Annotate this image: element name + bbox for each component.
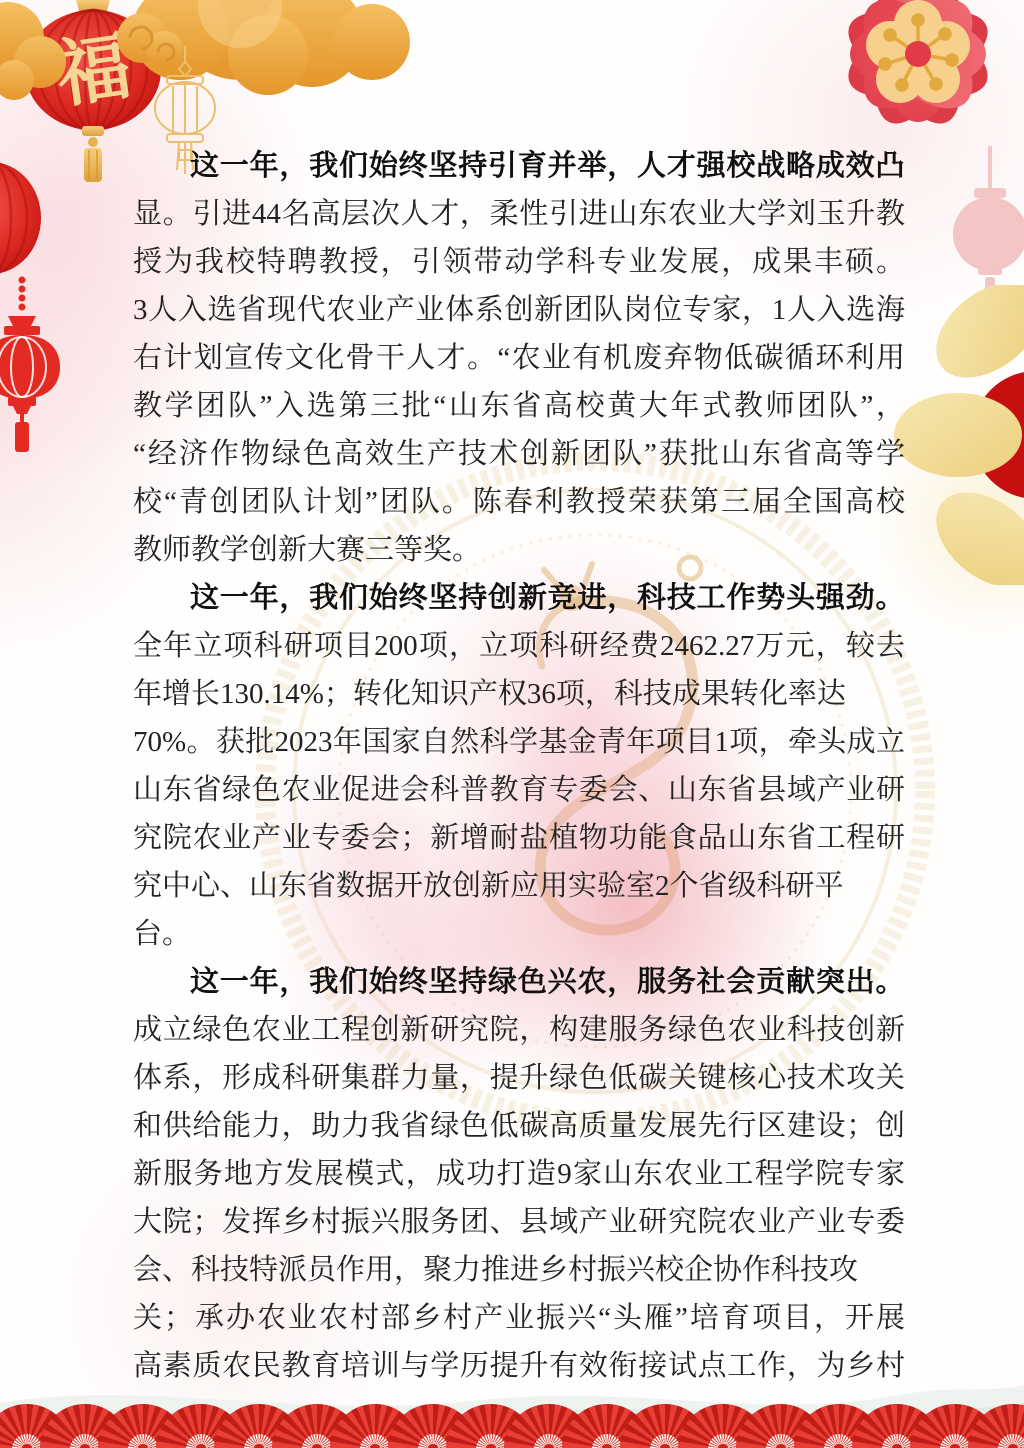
body-text: 台。 — [133, 918, 191, 950]
text-line: 3人入选省现代农业产业体系创新团队岗位专家，1人入选海 — [133, 286, 905, 334]
gold-flower-icon — [894, 285, 1024, 585]
heading-text: 这一年，我们始终坚持引育并举，人才强校战略成效凸 — [190, 150, 905, 182]
text-line: 会、科技特派员作用，聚力推进乡村振兴校企协作科技攻 — [133, 1246, 905, 1294]
body-text: 年增长130.14%；转化知识产权36项，科技成果转化率达 — [133, 678, 846, 710]
text-line: 台。 — [133, 910, 905, 958]
text-line: 究院农业产业专委会；新增耐盐植物功能食品山东省工程研 — [133, 814, 905, 862]
body-text: 大院；发挥乡村振兴服务团、县域产业研究院农业产业专委 — [133, 1206, 905, 1238]
text-line: 体系，形成科研集群力量，提升绿色低碳关键核心技术攻关 — [133, 1054, 905, 1102]
text-line: 高素质农民教育培训与学历提升有效衔接试点工作，为乡村 — [133, 1342, 905, 1390]
text-line: “经济作物绿色高效生产技术创新团队”获批山东省高等学 — [133, 430, 905, 478]
text-line: 校“青创团队计划”团队。陈春利教授荣获第三届全国高校 — [133, 478, 905, 526]
heading-text: 这一年，我们始终坚持绿色兴农，服务社会贡献突出。 — [190, 966, 905, 998]
text-line: 这一年，我们始终坚持引育并举，人才强校战略成效凸 — [133, 142, 905, 190]
text-line: 显。引进44名高层次人才，柔性引进山东农业大学刘玉升教 — [133, 190, 905, 238]
red-lantern-icon — [0, 156, 68, 276]
body-text: “经济作物绿色高效生产技术创新团队”获批山东省高等学 — [133, 438, 905, 470]
body-text: 70%。获批2023年国家自然科学基金青年项目1项，牵头成立 — [133, 726, 905, 758]
body-text: 校“青创团队计划”团队。陈春利教授荣获第三届全国高校 — [133, 486, 905, 518]
body-text: 究中心、山东省数据开放创新应用实验室2个省级科研平 — [133, 870, 844, 902]
text-line: 和供给能力，助力我省绿色低碳高质量发展先行区建设；创 — [133, 1102, 905, 1150]
body-text: 究院农业产业专委会；新增耐盐植物功能食品山东省工程研 — [133, 822, 905, 854]
body-text: 3人入选省现代农业产业体系创新团队岗位专家，1人入选海 — [133, 294, 905, 326]
body-text: 和供给能力，助力我省绿色低碳高质量发展先行区建设；创 — [133, 1110, 905, 1142]
heading-text: 这一年，我们始终坚持创新竞进，科技工作势头强劲。 — [190, 582, 905, 614]
text-line: 大院；发挥乡村振兴服务团、县域产业研究院农业产业专委 — [133, 1198, 905, 1246]
text-line: 教学团队”入选第三批“山东省高校黄大年式教师团队”， — [133, 382, 905, 430]
papercut-lantern-icon — [0, 276, 80, 456]
text-line: 年增长130.14%；转化知识产权36项，科技成果转化率达 — [133, 670, 905, 718]
text-line: 这一年，我们始终坚持绿色兴农，服务社会贡献突出。 — [133, 958, 905, 1006]
body-text: 教师教学创新大赛三等奖。 — [133, 534, 481, 566]
text-line: 授为我校特聘教授，引领带动学科专业发展，成果丰硕。 — [133, 238, 905, 286]
text-line: 70%。获批2023年国家自然科学基金青年项目1项，牵头成立 — [133, 718, 905, 766]
text-body: 这一年，我们始终坚持引育并举，人才强校战略成效凸显。引进44名高层次人才，柔性引… — [133, 142, 905, 1390]
body-text: 授为我校特聘教授，引领带动学科专业发展，成果丰硕。 — [133, 246, 905, 278]
text-line: 究中心、山东省数据开放创新应用实验室2个省级科研平 — [133, 862, 905, 910]
fan-row — [0, 1404, 1024, 1448]
text-line: 教师教学创新大赛三等奖。 — [133, 526, 905, 574]
text-line: 右计划宣传文化骨干人才。“农业有机废弃物低碳循环利用 — [133, 334, 905, 382]
text-line: 这一年，我们始终坚持创新竞进，科技工作势头强劲。 — [133, 574, 905, 622]
body-text: 成立绿色农业工程创新研究院，构建服务绿色农业科技创新 — [133, 1014, 905, 1046]
text-line: 成立绿色农业工程创新研究院，构建服务绿色农业科技创新 — [133, 1006, 905, 1054]
body-text: 全年立项科研项目200项，立项科研经费2462.27万元，较去 — [133, 630, 905, 662]
text-line: 山东省绿色农业促进会科普教育专委会、山东省县域产业研 — [133, 766, 905, 814]
text-line: 全年立项科研项目200项，立项科研经费2462.27万元，较去 — [133, 622, 905, 670]
body-text: 高素质农民教育培训与学历提升有效衔接试点工作，为乡村 — [133, 1350, 905, 1382]
page: 福 — [0, 0, 1024, 1448]
body-text: 山东省绿色农业促进会科普教育专委会、山东省县域产业研 — [133, 774, 905, 806]
body-text: 教学团队”入选第三批“山东省高校黄大年式教师团队”， — [133, 390, 905, 422]
body-text: 新服务地方发展模式，成功打造9家山东农业工程学院专家 — [133, 1158, 905, 1190]
text-line: 关；承办农业农村部乡村产业振兴“头雁”培育项目，开展 — [133, 1294, 905, 1342]
body-text: 关；承办农业农村部乡村产业振兴“头雁”培育项目，开展 — [133, 1302, 905, 1334]
body-text: 体系，形成科研集群力量，提升绿色低碳关键核心技术攻关 — [133, 1062, 905, 1094]
body-text: 显。引进44名高层次人才，柔性引进山东农业大学刘玉升教 — [133, 198, 905, 230]
body-text: 会、科技特派员作用，聚力推进乡村振兴校企协作科技攻 — [133, 1254, 858, 1286]
text-line: 新服务地方发展模式，成功打造9家山东农业工程学院专家 — [133, 1150, 905, 1198]
body-text: 右计划宣传文化骨干人才。“农业有机废弃物低碳循环利用 — [133, 342, 905, 374]
